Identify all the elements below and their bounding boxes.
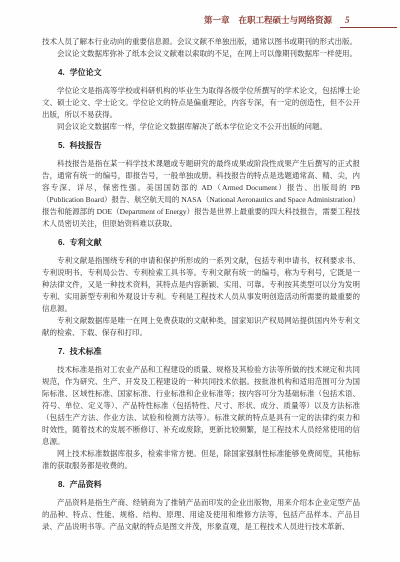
page-number-rule: 5 <box>340 15 397 28</box>
book-page: 第一章在职工程硕士与网络资源5 技术人员了解本行业动向的重要信息源。会议文献不单… <box>0 0 400 562</box>
section-heading: 6.专利文献 <box>42 237 360 249</box>
paragraph: 会议论文数据库弥补了纸本会议文献难以索取的不足，在网上可以像期刊数据库一样使用。 <box>42 48 360 60</box>
paragraph: 技术人员了解本行业动向的重要信息源。会议文献不单独出版，通常以图书或期刊的形式出… <box>42 36 360 48</box>
section-number: 4. <box>58 68 65 77</box>
section-number: 6. <box>58 238 65 247</box>
section-number: 5. <box>58 141 65 150</box>
paragraph: 学位论文是指高等学校或科研机构的毕业生为取得各级学位所撰写的学术论文，包括博士论… <box>42 85 360 121</box>
paragraph: 专利文献是指围绕专利的申请和保护所形成的一系列文献，包括专利申请书、权利要求书、… <box>42 255 360 315</box>
paragraph: 同会议论文数据库一样，学位论文数据库解决了纸本学位论文不公开出版的问题。 <box>42 121 360 133</box>
section-heading: 7.技术标准 <box>42 346 360 358</box>
section-number: 8. <box>58 480 65 489</box>
paragraph: 技术标准是指对工农业产品和工程建设的质量、规格及其检验方法等所做的技术规定和共同… <box>42 364 360 448</box>
page-header: 第一章在职工程硕士与网络资源5 <box>0 15 397 28</box>
section-title: 产品资料 <box>70 480 102 489</box>
page-body: 技术人员了解本行业动向的重要信息源。会议文献不单独出版，通常以图书或期刊的形式出… <box>42 36 360 533</box>
chapter-title: 在职工程硕士与网络资源 <box>238 15 332 25</box>
section-title: 技术标准 <box>70 347 102 356</box>
section-heading: 5.科技报告 <box>42 140 360 152</box>
section-heading: 8.产品资料 <box>42 479 360 491</box>
paragraph: 专利文献数据库是唯一在网上免费获取的文献种类，国家知识产权局网站提供国内外专利文… <box>42 315 360 339</box>
section-number: 7. <box>58 347 65 356</box>
section-title: 学位论文 <box>70 68 102 77</box>
paragraph: 科技报告是指在某一科学技术课题或专题研究的最终成果或阶段性成果产生后撰写的正式报… <box>42 158 360 230</box>
section-title: 科技报告 <box>70 141 102 150</box>
paragraph: 网上技术标准数据库很多，检索非常方便。但是，除国家强制性标准能够免费阅览，其他标… <box>42 448 360 472</box>
chapter-label: 第一章 <box>204 15 230 25</box>
page-number: 5 <box>345 15 350 25</box>
section-heading: 4.学位论文 <box>42 67 360 79</box>
section-title: 专利文献 <box>70 238 102 247</box>
paragraph: 产品资料是指生产商、经销商为了推销产品而印发的企业出版物，用来介绍本企业定型产品… <box>42 497 360 533</box>
